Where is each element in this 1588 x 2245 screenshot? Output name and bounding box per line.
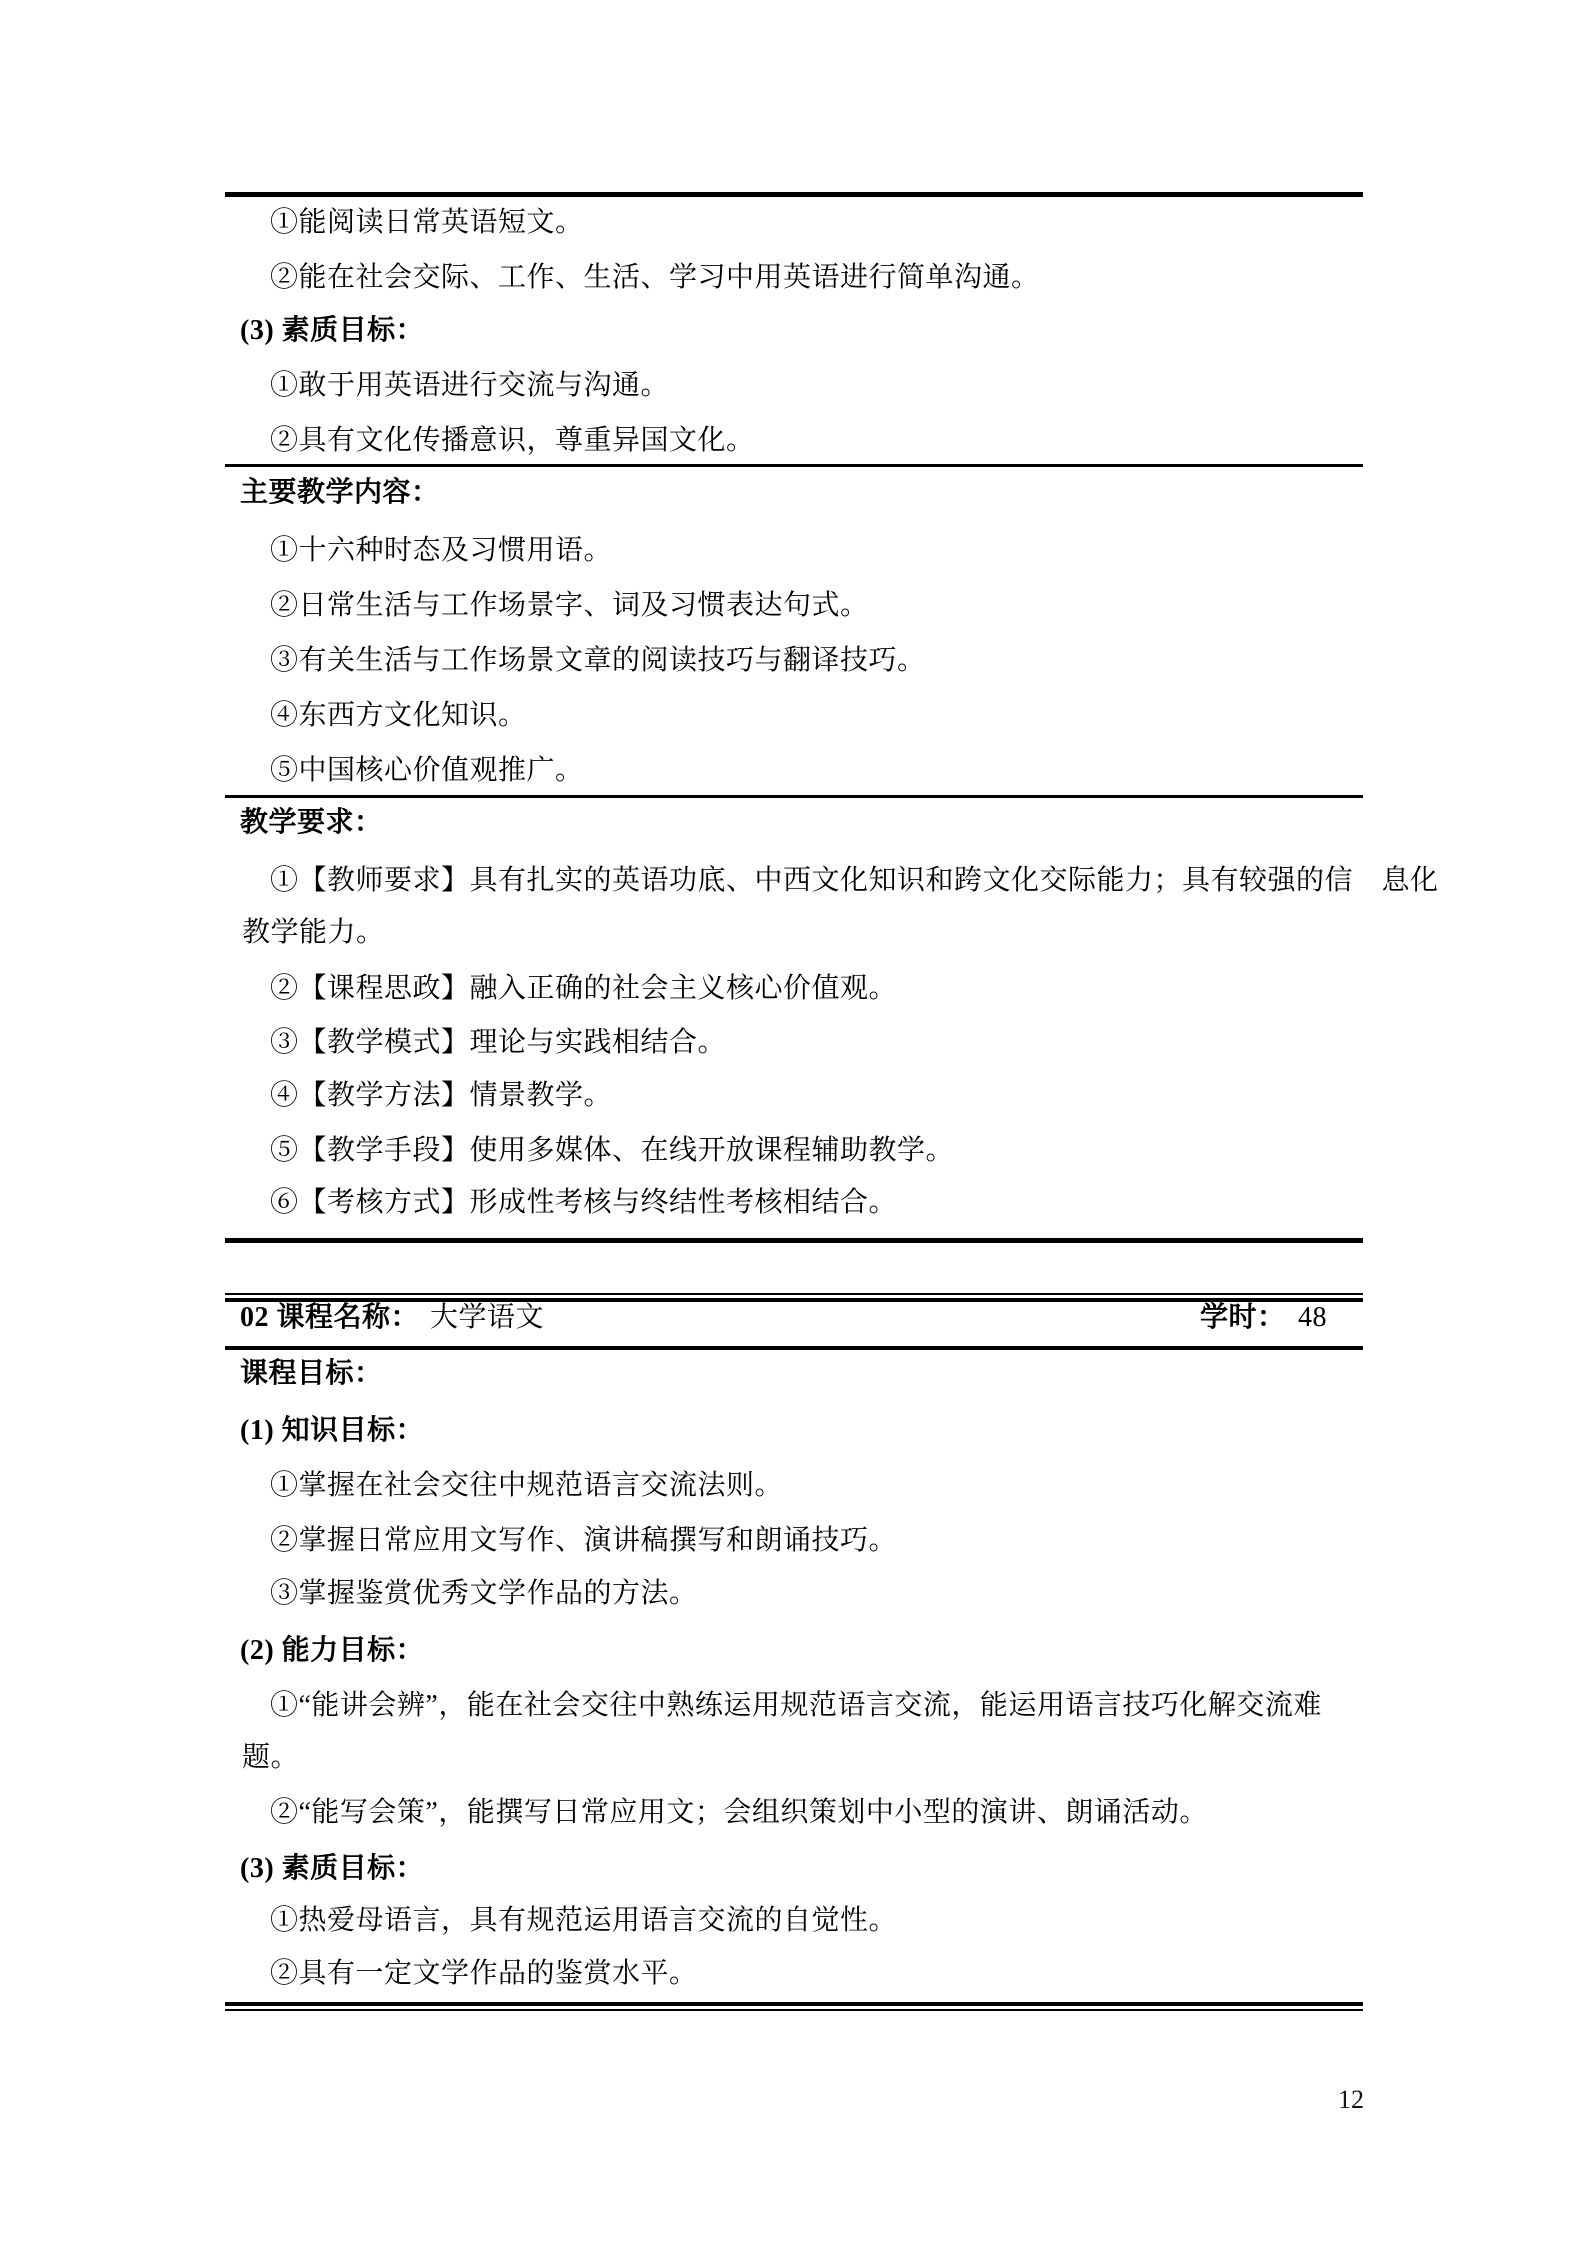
english-quality-item: ①敢于用英语进行交流与沟通。 bbox=[270, 368, 669, 404]
english-quality-item: ②具有文化传播意识，尊重异国文化。 bbox=[270, 423, 755, 459]
page-number: 12 bbox=[1338, 2085, 1364, 2115]
table-row-divider-top bbox=[225, 192, 1363, 197]
table-top-border-thin bbox=[225, 1293, 1363, 1295]
table-bottom-border-thick bbox=[225, 2002, 1363, 2006]
main-content-item: ⑤中国核心价值观推广。 bbox=[270, 753, 584, 789]
requirement-item: ④【教学方法】情景教学。 bbox=[270, 1078, 612, 1114]
main-content-item: ②日常生活与工作场景字、词及习惯表达句式。 bbox=[270, 588, 869, 624]
section-divider-requirements bbox=[225, 795, 1363, 798]
english-knowledge-item: ②能在社会交际、工作、生活、学习中用英语进行简单沟通。 bbox=[270, 260, 1040, 296]
document-page: ①能阅读日常英语短文。 ②能在社会交际、工作、生活、学习中用英语进行简单沟通。 … bbox=[0, 0, 1588, 2245]
requirements-heading: 教学要求： bbox=[240, 805, 383, 841]
main-content-item: ④东西方文化知识。 bbox=[270, 698, 527, 734]
quality-item: ②具有一定文学作品的鉴赏水平。 bbox=[270, 1956, 698, 1992]
course-name: 大学语文 bbox=[430, 1300, 544, 1336]
ability-item: ①“能讲会辨”，能在社会交往中熟练运用规范语言交流，能运用语言技巧化解交流难 bbox=[270, 1688, 1322, 1724]
quality-item: ①热爱母语言，具有规范运用语言交流的自觉性。 bbox=[270, 1903, 897, 1939]
knowledge-item: ③掌握鉴赏优秀文学作品的方法。 bbox=[270, 1576, 698, 1612]
table-bottom-border-english-course bbox=[225, 1238, 1363, 1243]
hours-value: 48 bbox=[1298, 1300, 1327, 1336]
requirement-item: ②【课程思政】融入正确的社会主义核心价值观。 bbox=[270, 971, 897, 1007]
knowledge-heading: (1) 知识目标： bbox=[240, 1413, 424, 1449]
main-content-item: ③有关生活与工作场景文章的阅读技巧与翻译技巧。 bbox=[270, 643, 926, 679]
course-number-label: 02 课程名称： bbox=[240, 1300, 419, 1336]
english-knowledge-item: ①能阅读日常英语短文。 bbox=[270, 205, 584, 241]
ability-heading: (2) 能力目标： bbox=[240, 1633, 424, 1669]
knowledge-item: ②掌握日常应用文写作、演讲稿撰写和朗诵技巧。 bbox=[270, 1523, 897, 1559]
objectives-heading: 课程目标： bbox=[240, 1356, 383, 1392]
section-divider-main-content bbox=[225, 464, 1363, 467]
header-row-divider bbox=[225, 1346, 1363, 1350]
table-bottom-border-thin bbox=[225, 2009, 1363, 2011]
ability-item-continuation: 题。 bbox=[242, 1740, 299, 1776]
requirement-item-continuation: 教学能力。 bbox=[242, 915, 385, 951]
requirement-item: ①【教师要求】具有扎实的英语功底、中西文化知识和跨文化交际能力；具有较强的信 息… bbox=[270, 863, 1439, 899]
knowledge-item: ①掌握在社会交往中规范语言交流法则。 bbox=[270, 1468, 783, 1504]
main-content-heading: 主要教学内容： bbox=[240, 475, 440, 511]
main-content-item: ①十六种时态及习惯用语。 bbox=[270, 533, 612, 569]
requirement-item: ⑤【教学手段】使用多媒体、在线开放课程辅助教学。 bbox=[270, 1133, 954, 1169]
quality-heading: (3) 素质目标： bbox=[240, 1851, 424, 1887]
ability-item: ②“能写会策”，能撰写日常应用文；会组织策划中小型的演讲、朗诵活动。 bbox=[270, 1795, 1208, 1831]
english-quality-heading: (3) 素质目标： bbox=[240, 313, 424, 349]
hours-label: 学时： bbox=[1200, 1300, 1286, 1336]
requirement-item: ③【教学模式】理论与实践相结合。 bbox=[270, 1025, 726, 1061]
requirement-item: ⑥【考核方式】形成性考核与终结性考核相结合。 bbox=[270, 1185, 897, 1221]
